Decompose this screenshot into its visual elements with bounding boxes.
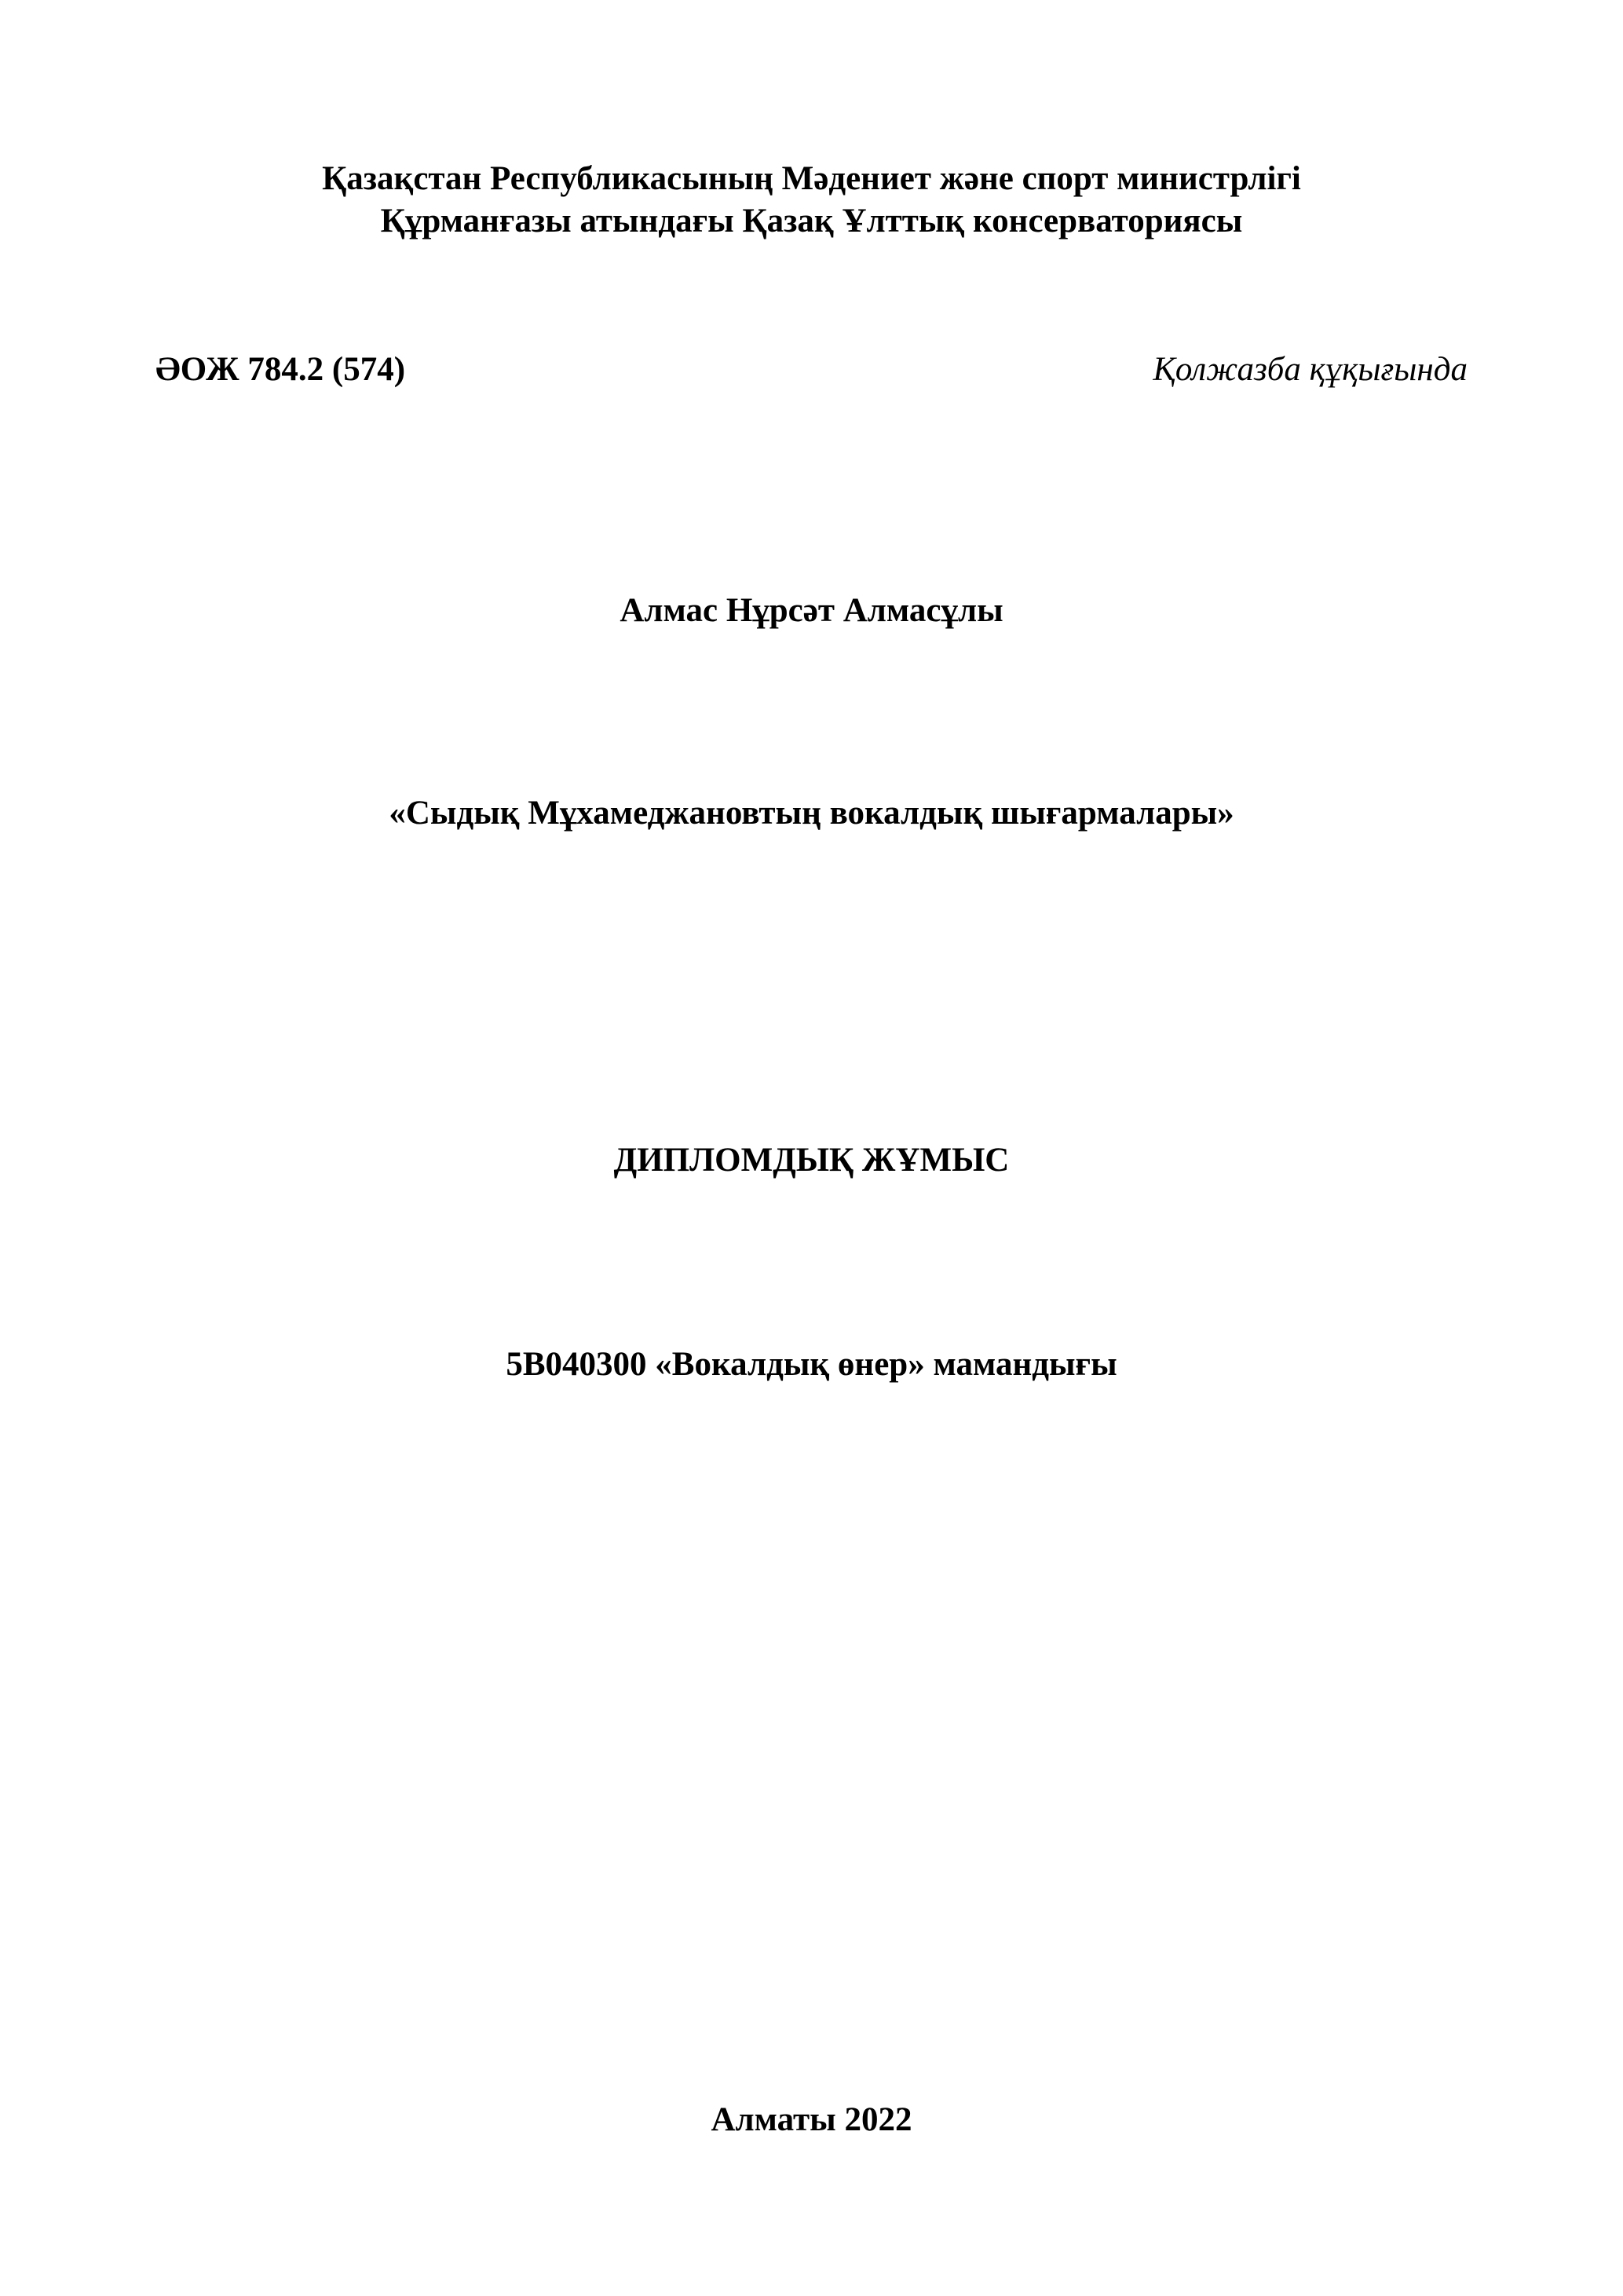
document-type: ДИПЛОМДЫҚ ЖҰМЫС bbox=[0, 1140, 1623, 1181]
institution-name: Құрманғазы атындағы Қазақ Ұлттық консерв… bbox=[0, 201, 1623, 242]
ministry-name: Қазақстан Республикасының Мәдениет және … bbox=[0, 159, 1623, 199]
thesis-title: «Сыдық Мұхамеджановтың вокалдық шығармал… bbox=[0, 793, 1623, 834]
udc-code: ӘОЖ 784.2 (574) bbox=[155, 349, 405, 390]
manuscript-rights-note: Қолжазба құқығында bbox=[1153, 349, 1468, 390]
city-year: Алматы 2022 bbox=[0, 2100, 1623, 2141]
author-name: Алмас Нұрсәт Алмасұлы bbox=[0, 590, 1623, 631]
specialty: 5В040300 «Вокалдық өнер» мамандығы bbox=[0, 1344, 1623, 1385]
